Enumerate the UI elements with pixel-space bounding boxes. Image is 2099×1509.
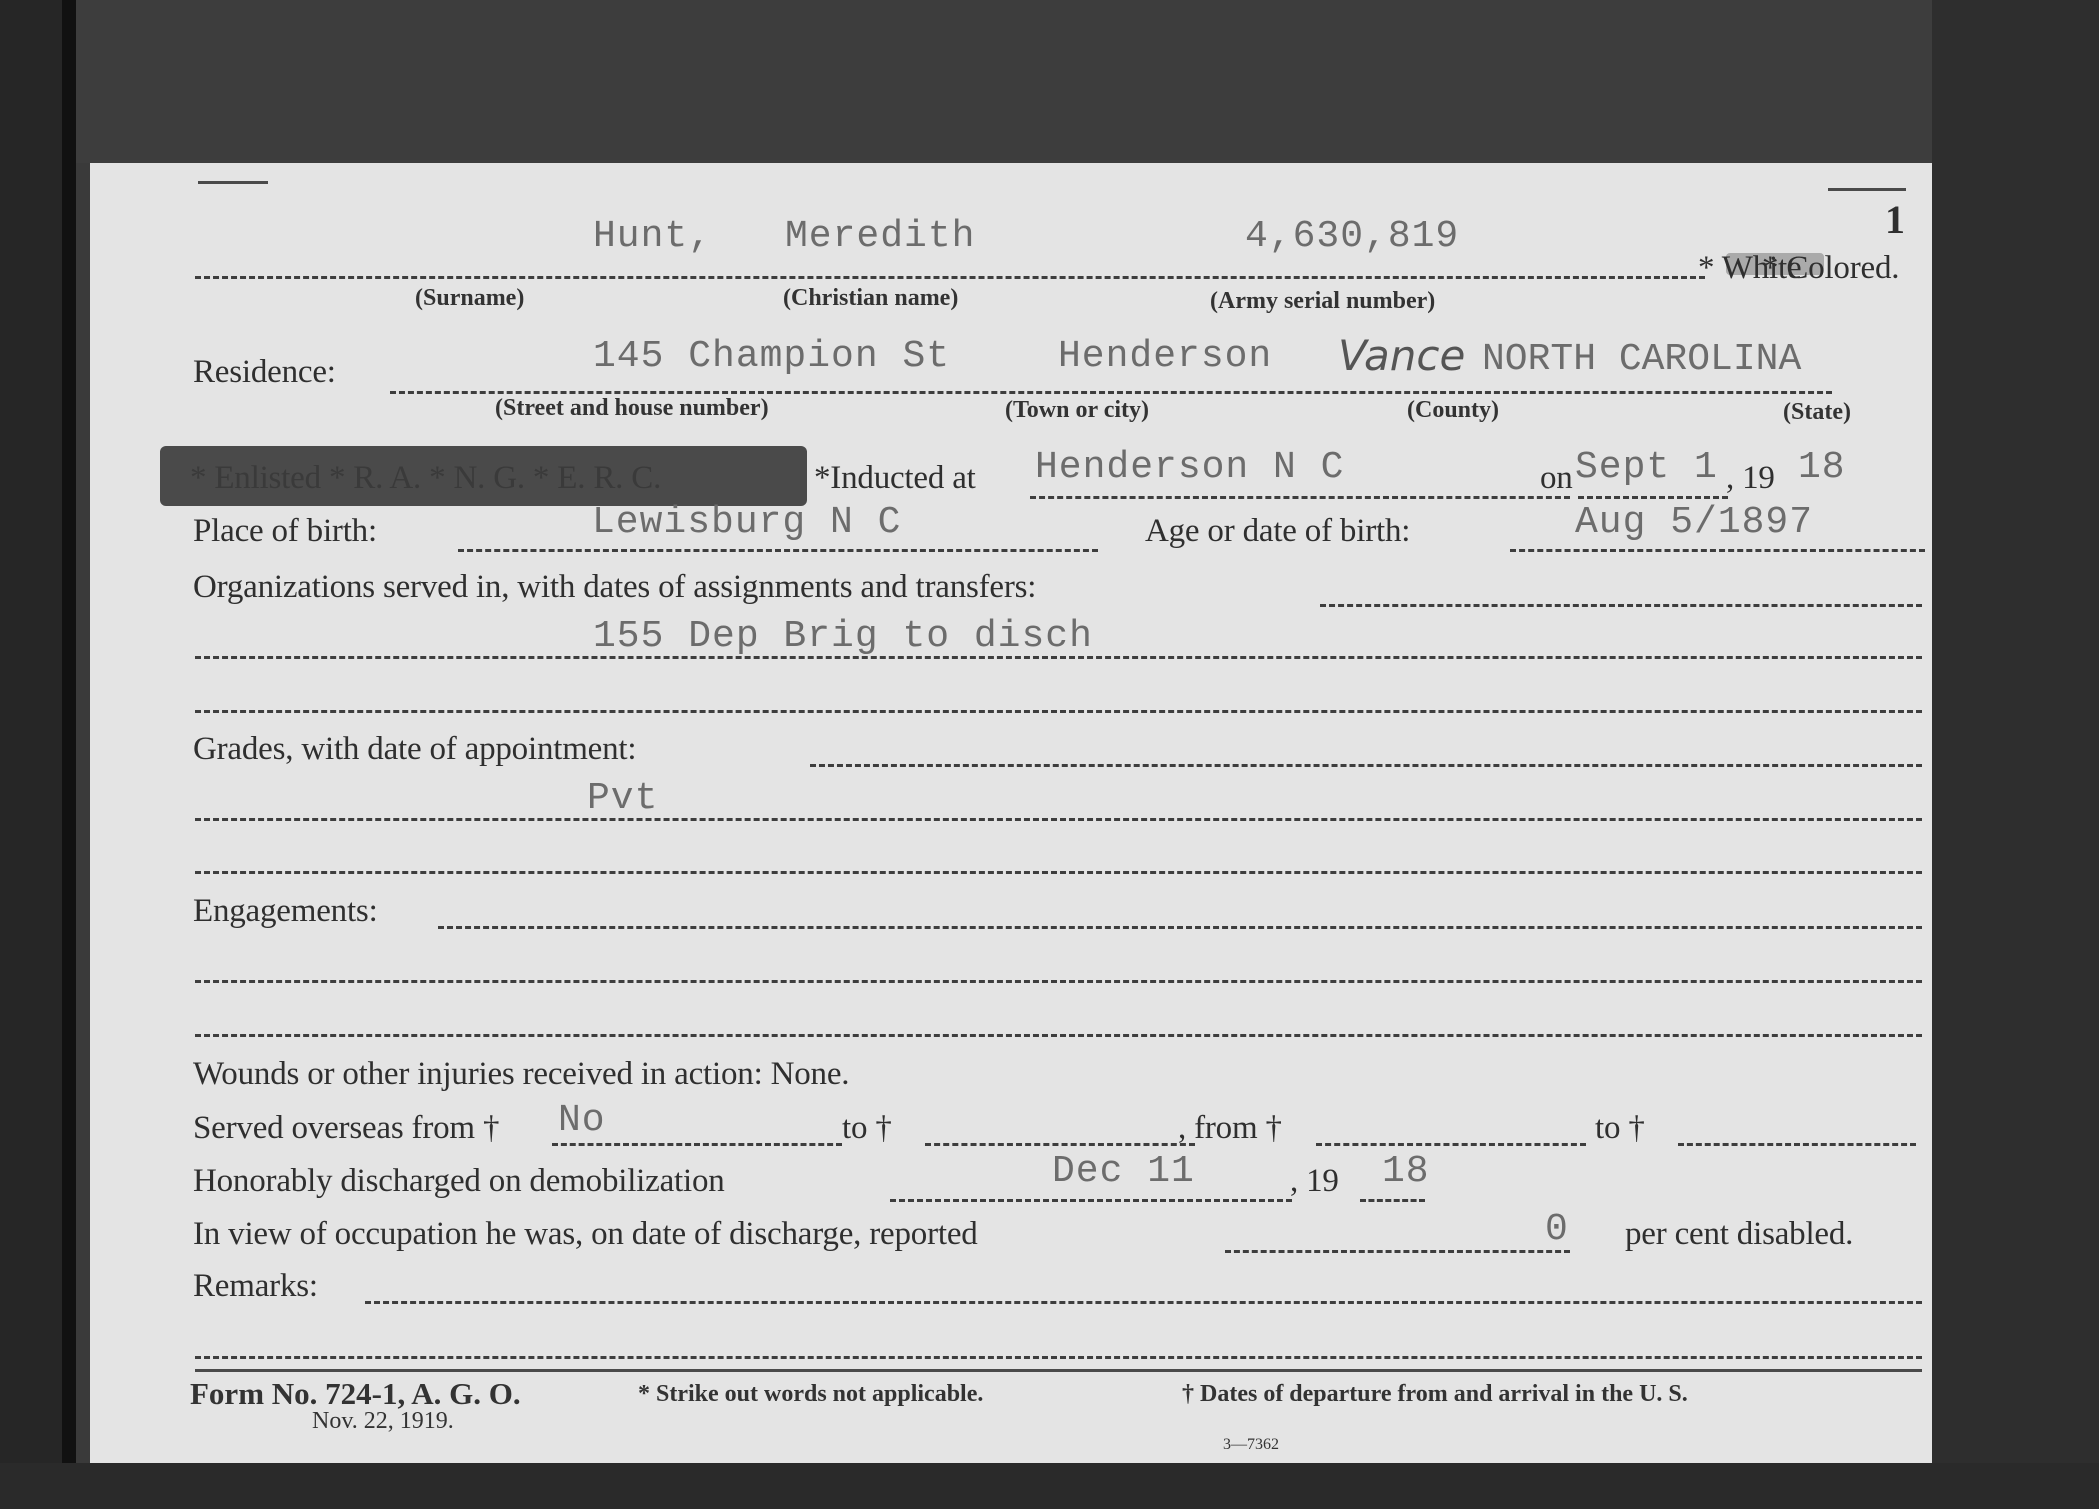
scanner-binding-strip [62, 0, 76, 1509]
service-record-card: 1 Hunt, Meredith 4,630,819 * White * Col… [90, 163, 1932, 1463]
overseas-from2-label: , from † [1178, 1110, 1282, 1147]
disability-suffix: per cent disabled. [1625, 1216, 1853, 1253]
place-of-birth-line [458, 549, 1098, 552]
form-date: Nov. 22, 1919. [312, 1408, 454, 1435]
scanner-background-top [0, 0, 2099, 163]
dagger-note: † Dates of departure from and arrival in… [1182, 1381, 1688, 1408]
residence-state-value: NORTH CAROLINA [1482, 338, 1801, 381]
engagements-line-2 [195, 980, 1922, 983]
surname-value: Hunt, [593, 215, 712, 258]
induction-year-value: 18 [1798, 446, 1846, 489]
strike-note: * Strike out words not applicable. [638, 1381, 983, 1408]
organizations-line-2 [195, 656, 1922, 659]
christian-name-caption: (Christian name) [783, 285, 958, 312]
inducted-place-line [1030, 496, 1570, 499]
name-row-line [195, 276, 1705, 279]
serial-number-caption: (Army serial number) [1210, 288, 1435, 315]
overseas-from-line [552, 1143, 842, 1146]
induction-date-value: Sept 1 [1575, 446, 1718, 489]
overseas-from-value: No [558, 1099, 606, 1142]
grades-line-1 [810, 764, 1922, 767]
overseas-to2-line [1678, 1143, 1916, 1146]
residence-street-value: 145 Champion St [593, 335, 950, 378]
disability-value: 0 [1545, 1208, 1569, 1251]
engagements-line-1 [438, 926, 1922, 929]
engagements-line-3 [195, 1034, 1922, 1037]
discharge-label: Honorably discharged on demobilization [193, 1163, 725, 1200]
residence-town-value: Henderson [1058, 335, 1272, 378]
footer-rule [195, 1369, 1922, 1372]
overseas-to2-label: to † [1595, 1110, 1645, 1147]
state-caption: (State) [1783, 399, 1851, 426]
race-colored-label: * Colored. [1762, 250, 1899, 287]
grades-line-3 [195, 871, 1922, 874]
enlisted-options-struck: * Enlisted * R. A. * N. G. * E. R. C. [190, 460, 661, 497]
induction-date-line [1578, 496, 1728, 499]
organizations-line-1 [1320, 604, 1922, 607]
wounds-label: Wounds or other injuries received in act… [193, 1056, 849, 1093]
on-label: on [1540, 460, 1573, 497]
place-of-birth-value: Lewisburg N C [592, 501, 901, 544]
scanner-background-right [1932, 0, 2099, 1509]
form-number: Form No. 724-1, A. G. O. [190, 1376, 521, 1412]
card-number: 1 [1885, 196, 1905, 243]
overseas-to-label: to † [842, 1110, 892, 1147]
overseas-from-label: Served overseas from † [193, 1110, 499, 1147]
remarks-line-2 [195, 1356, 1922, 1359]
remarks-line-1 [365, 1301, 1922, 1304]
organizations-value: 155 Dep Brig to disch [593, 615, 1093, 658]
place-of-birth-label: Place of birth: [193, 513, 377, 550]
date-of-birth-line [1510, 549, 1925, 552]
organizations-label: Organizations served in, with dates of a… [193, 569, 1036, 606]
induction-year-prefix: , 19 [1726, 460, 1775, 497]
remarks-label: Remarks: [193, 1268, 318, 1305]
inducted-at-label: *Inducted at [814, 460, 976, 497]
street-caption: (Street and house number) [495, 395, 769, 422]
county-caption: (County) [1407, 397, 1499, 424]
inducted-place-value: Henderson N C [1035, 446, 1344, 489]
discharge-year-line [1360, 1199, 1425, 1202]
date-of-birth-label: Age or date of birth: [1145, 513, 1410, 550]
christian-name-value: Meredith [785, 215, 975, 258]
residence-label: Residence: [193, 354, 336, 391]
scanner-background-bottom [0, 1463, 2099, 1509]
discharge-year-value: 18 [1382, 1150, 1430, 1193]
residence-county-value: Vance [1338, 331, 1465, 380]
surname-caption: (Surname) [415, 285, 524, 312]
grades-line-2 [195, 818, 1922, 821]
engagements-label: Engagements: [193, 893, 378, 930]
top-right-rule [1828, 188, 1906, 191]
discharge-date-value: Dec 11 [1052, 1150, 1195, 1193]
residence-line [390, 391, 1832, 394]
top-left-rule [198, 181, 268, 184]
discharge-date-line [890, 1199, 1292, 1202]
overseas-from2-line [1316, 1143, 1586, 1146]
scanner-background-left [0, 0, 70, 1509]
grades-label: Grades, with date of appointment: [193, 731, 636, 768]
overseas-to-line [925, 1143, 1195, 1146]
organizations-line-3 [195, 710, 1922, 713]
discharge-year-prefix: , 19 [1290, 1163, 1339, 1200]
serial-number-value: 4,630,819 [1245, 215, 1459, 258]
disability-label: In view of occupation he was, on date of… [193, 1216, 978, 1253]
disability-line [1225, 1250, 1570, 1253]
grades-value: Pvt [587, 777, 658, 820]
print-code: 3—7362 [1223, 1436, 1279, 1454]
town-caption: (Town or city) [1005, 397, 1149, 424]
date-of-birth-value: Aug 5/1897 [1575, 501, 1813, 544]
